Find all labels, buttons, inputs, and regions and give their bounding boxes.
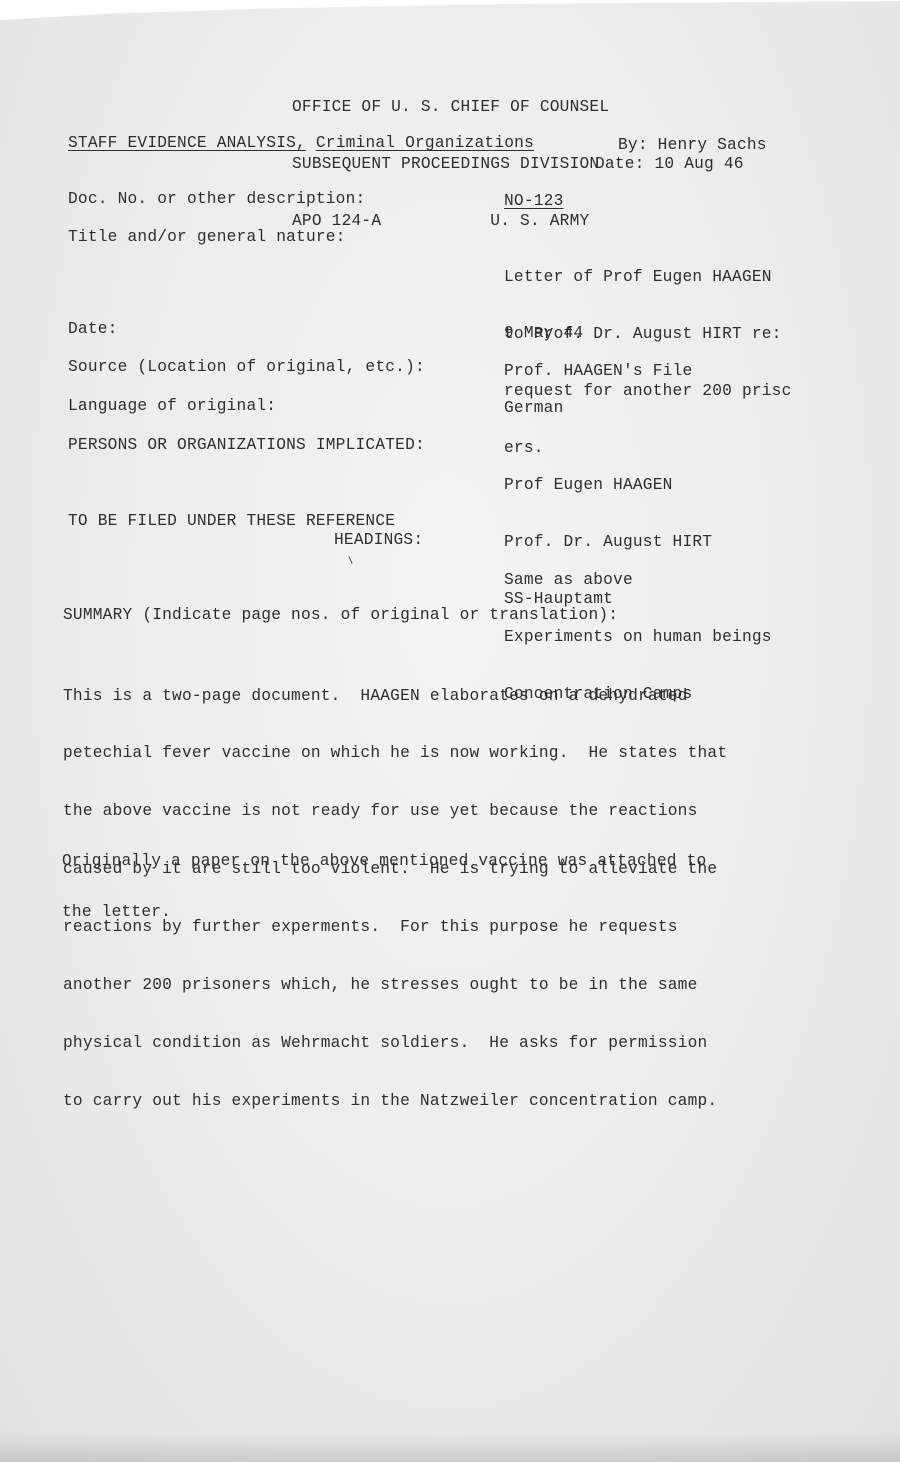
summary-line: to carry out his experiments in the Natz… <box>63 1092 727 1111</box>
date-value: 9 May 44 <box>504 324 583 343</box>
reference-label-line2: HEADINGS: <box>334 531 423 550</box>
letterhead-line-division: SUBSEQUENT PROCEEDINGS DIVISION <box>292 155 609 174</box>
reference-label-line1: TO BE FILED UNDER THESE REFERENCE <box>68 512 395 531</box>
language-label: Language of original: <box>68 397 276 416</box>
source-value: Prof. HAAGEN's File <box>504 362 692 381</box>
date-label: Date: <box>68 320 118 339</box>
doc-no-value: NO-123 <box>504 192 564 211</box>
summary-heading: SUMMARY (Indicate page nos. of original … <box>63 606 618 625</box>
language-value: German <box>504 399 564 418</box>
summary-line: physical condition as Wehrmacht soldiers… <box>63 1034 727 1053</box>
attachment-note: Originally a paper on the above mentione… <box>62 819 706 955</box>
title-value-line: Letter of Prof Eugen HAAGEN <box>504 268 792 287</box>
torn-paper-edge <box>0 0 900 30</box>
paper-shadow <box>0 1432 900 1462</box>
source-label: Source (Location of original, etc.): <box>68 358 425 377</box>
attachment-note-line: the letter. <box>62 904 706 921</box>
analysis-title: STAFF EVIDENCE ANALYSIS, Criminal Organi… <box>68 134 534 153</box>
reference-entry: Same as above <box>504 571 772 590</box>
analyst-byline: By: Henry Sachs <box>618 136 767 155</box>
attachment-note-line: Originally a paper on the above mentione… <box>62 853 706 870</box>
stray-mark <box>348 556 352 564</box>
person-entry: Prof Eugen HAAGEN <box>504 476 712 495</box>
title-label: Title and/or general nature: <box>68 228 346 247</box>
analysis-title-main: STAFF EVIDENCE ANALYSIS, <box>68 134 306 152</box>
reference-entry: Experiments on human beings <box>504 628 772 647</box>
analysis-title-category: Criminal Organizations <box>316 134 534 152</box>
analysis-date: Date: 10 Aug 46 <box>595 155 744 174</box>
summary-line: another 200 prisoners which, he stresses… <box>63 976 727 995</box>
persons-label: PERSONS OR ORGANIZATIONS IMPLICATED: <box>68 436 425 455</box>
document-page: OFFICE OF U. S. CHIEF OF COUNSEL SUBSEQU… <box>0 0 900 1462</box>
letterhead-line-office: OFFICE OF U. S. CHIEF OF COUNSEL <box>292 98 609 117</box>
summary-line: This is a two-page document. HAAGEN elab… <box>63 687 727 706</box>
doc-no-label: Doc. No. or other description: <box>68 190 365 209</box>
summary-line: petechial fever vaccine on which he is n… <box>63 744 727 763</box>
